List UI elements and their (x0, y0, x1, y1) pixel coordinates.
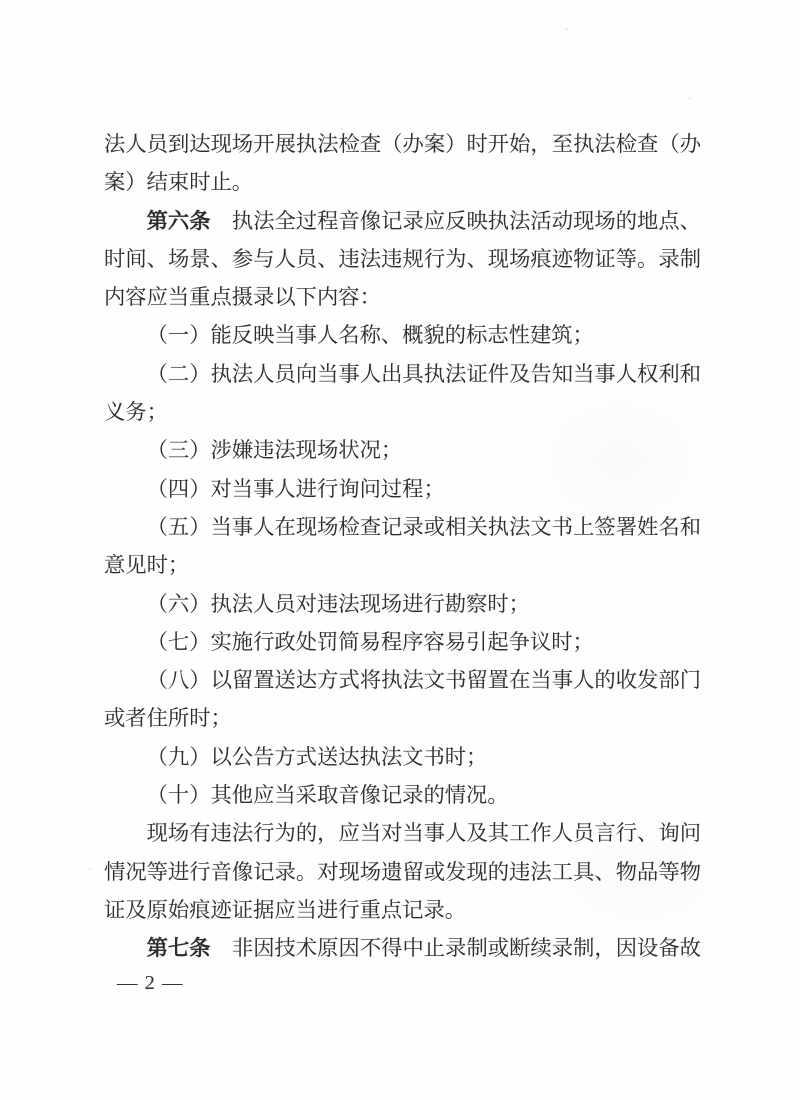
line-text: 义务； (104, 400, 168, 424)
text-line: 现场有违法行为的，应当对当事人及其工作人员言行、询问 (104, 814, 701, 852)
line-text: （三）涉嫌违法现场状况； (147, 438, 403, 462)
line-text: （五）当事人在现场检查记录或相关执法文书上签署姓名和 (147, 515, 701, 539)
text-line-item-3: （三）涉嫌违法现场状况； (104, 431, 701, 469)
text-line: 时间、场景、参与人员、违法违规行为、现场痕迹物证等。录制 (104, 240, 701, 278)
line-text: 现场有违法行为的，应当对当事人及其工作人员言行、询问 (147, 821, 701, 845)
text-line-item-2: （二）执法人员向当事人出具执法证件及告知当事人权利和 (104, 355, 701, 393)
text-line-item-4: （四）对当事人进行询问过程； (104, 470, 701, 508)
text-line-item-7: （七）实施行政处罚简易程序容易引起争议时； (104, 623, 701, 661)
text-line-item-1: （一）能反映当事人名称、概貌的标志性建筑； (104, 316, 701, 354)
line-text: （七）实施行政处罚简易程序容易引起争议时； (147, 630, 594, 654)
text-line: 内容应当重点摄录以下内容： (104, 278, 701, 316)
article-number-bold: 第六条 (147, 209, 211, 233)
line-text: 内容应当重点摄录以下内容： (104, 285, 381, 309)
article-number-bold: 第七条 (147, 936, 211, 960)
line-text: （八）以留置送达方式将执法文书留置在当事人的收发部门 (147, 668, 701, 692)
line-text: 证及原始痕迹证据应当进行重点记录。 (104, 898, 466, 922)
text-line-article-6: 第六条执法全过程音像记录应反映执法活动现场的地点、 (104, 202, 701, 240)
line-text: （二）执法人员向当事人出具执法证件及告知当事人权利和 (147, 362, 701, 386)
line-text: 或者住所时； (104, 706, 232, 730)
page-number: — 2 — (117, 970, 184, 996)
line-text: 非因技术原因不得中止录制或断续录制，因设备故 (232, 936, 701, 960)
line-text: 意见时； (104, 553, 189, 577)
text-line-item-5: （五）当事人在现场检查记录或相关执法文书上签署姓名和 (104, 508, 701, 546)
line-text: 情况等进行音像记录。对现场遗留或发现的违法工具、物品等物 (104, 860, 701, 884)
text-line: 意见时； (104, 546, 701, 584)
text-line-article-7: 第七条非因技术原因不得中止录制或断续录制，因设备故 (104, 929, 701, 967)
line-text: （六）执法人员对违法现场进行勘察时； (147, 592, 530, 616)
scan-speck (88, 868, 91, 870)
line-text: （一）能反映当事人名称、概貌的标志性建筑； (147, 323, 594, 347)
line-text: 时间、场景、参与人员、违法违规行为、现场痕迹物证等。录制 (104, 247, 701, 271)
line-text: （九）以公告方式送达执法文书时； (147, 745, 488, 769)
scan-speck (688, 97, 692, 100)
line-text: （四）对当事人进行询问过程； (147, 477, 445, 501)
text-line: 义务； (104, 393, 701, 431)
text-line: 情况等进行音像记录。对现场遗留或发现的违法工具、物品等物 (104, 853, 701, 891)
text-line-item-6: （六）执法人员对违法现场进行勘察时； (104, 585, 701, 623)
line-text: （十）其他应当采取音像记录的情况。 (147, 783, 509, 807)
text-line-item-8: （八）以留置送达方式将执法文书留置在当事人的收发部门 (104, 661, 701, 699)
text-line: 案）结束时止。 (104, 163, 701, 201)
text-line: 证及原始痕迹证据应当进行重点记录。 (104, 891, 701, 929)
line-text: 执法全过程音像记录应反映执法活动现场的地点、 (232, 209, 701, 233)
text-line: 法人员到达现场开展执法检查（办案）时开始，至执法检查（办 (104, 125, 701, 163)
text-line-item-10: （十）其他应当采取音像记录的情况。 (104, 776, 701, 814)
document-body: 法人员到达现场开展执法检查（办案）时开始，至执法检查（办 案）结束时止。 第六条… (104, 125, 701, 968)
line-text: 案）结束时止。 (104, 170, 253, 194)
text-line: 或者住所时； (104, 699, 701, 737)
scanned-document-page: 法人员到达现场开展执法检查（办案）时开始，至执法检查（办 案）结束时止。 第六条… (0, 0, 800, 1100)
line-text: 法人员到达现场开展执法检查（办案）时开始，至执法检查（办 (104, 132, 701, 156)
scan-speck (565, 28, 568, 30)
text-line-item-9: （九）以公告方式送达执法文书时； (104, 738, 701, 776)
scan-speck (341, 128, 343, 130)
